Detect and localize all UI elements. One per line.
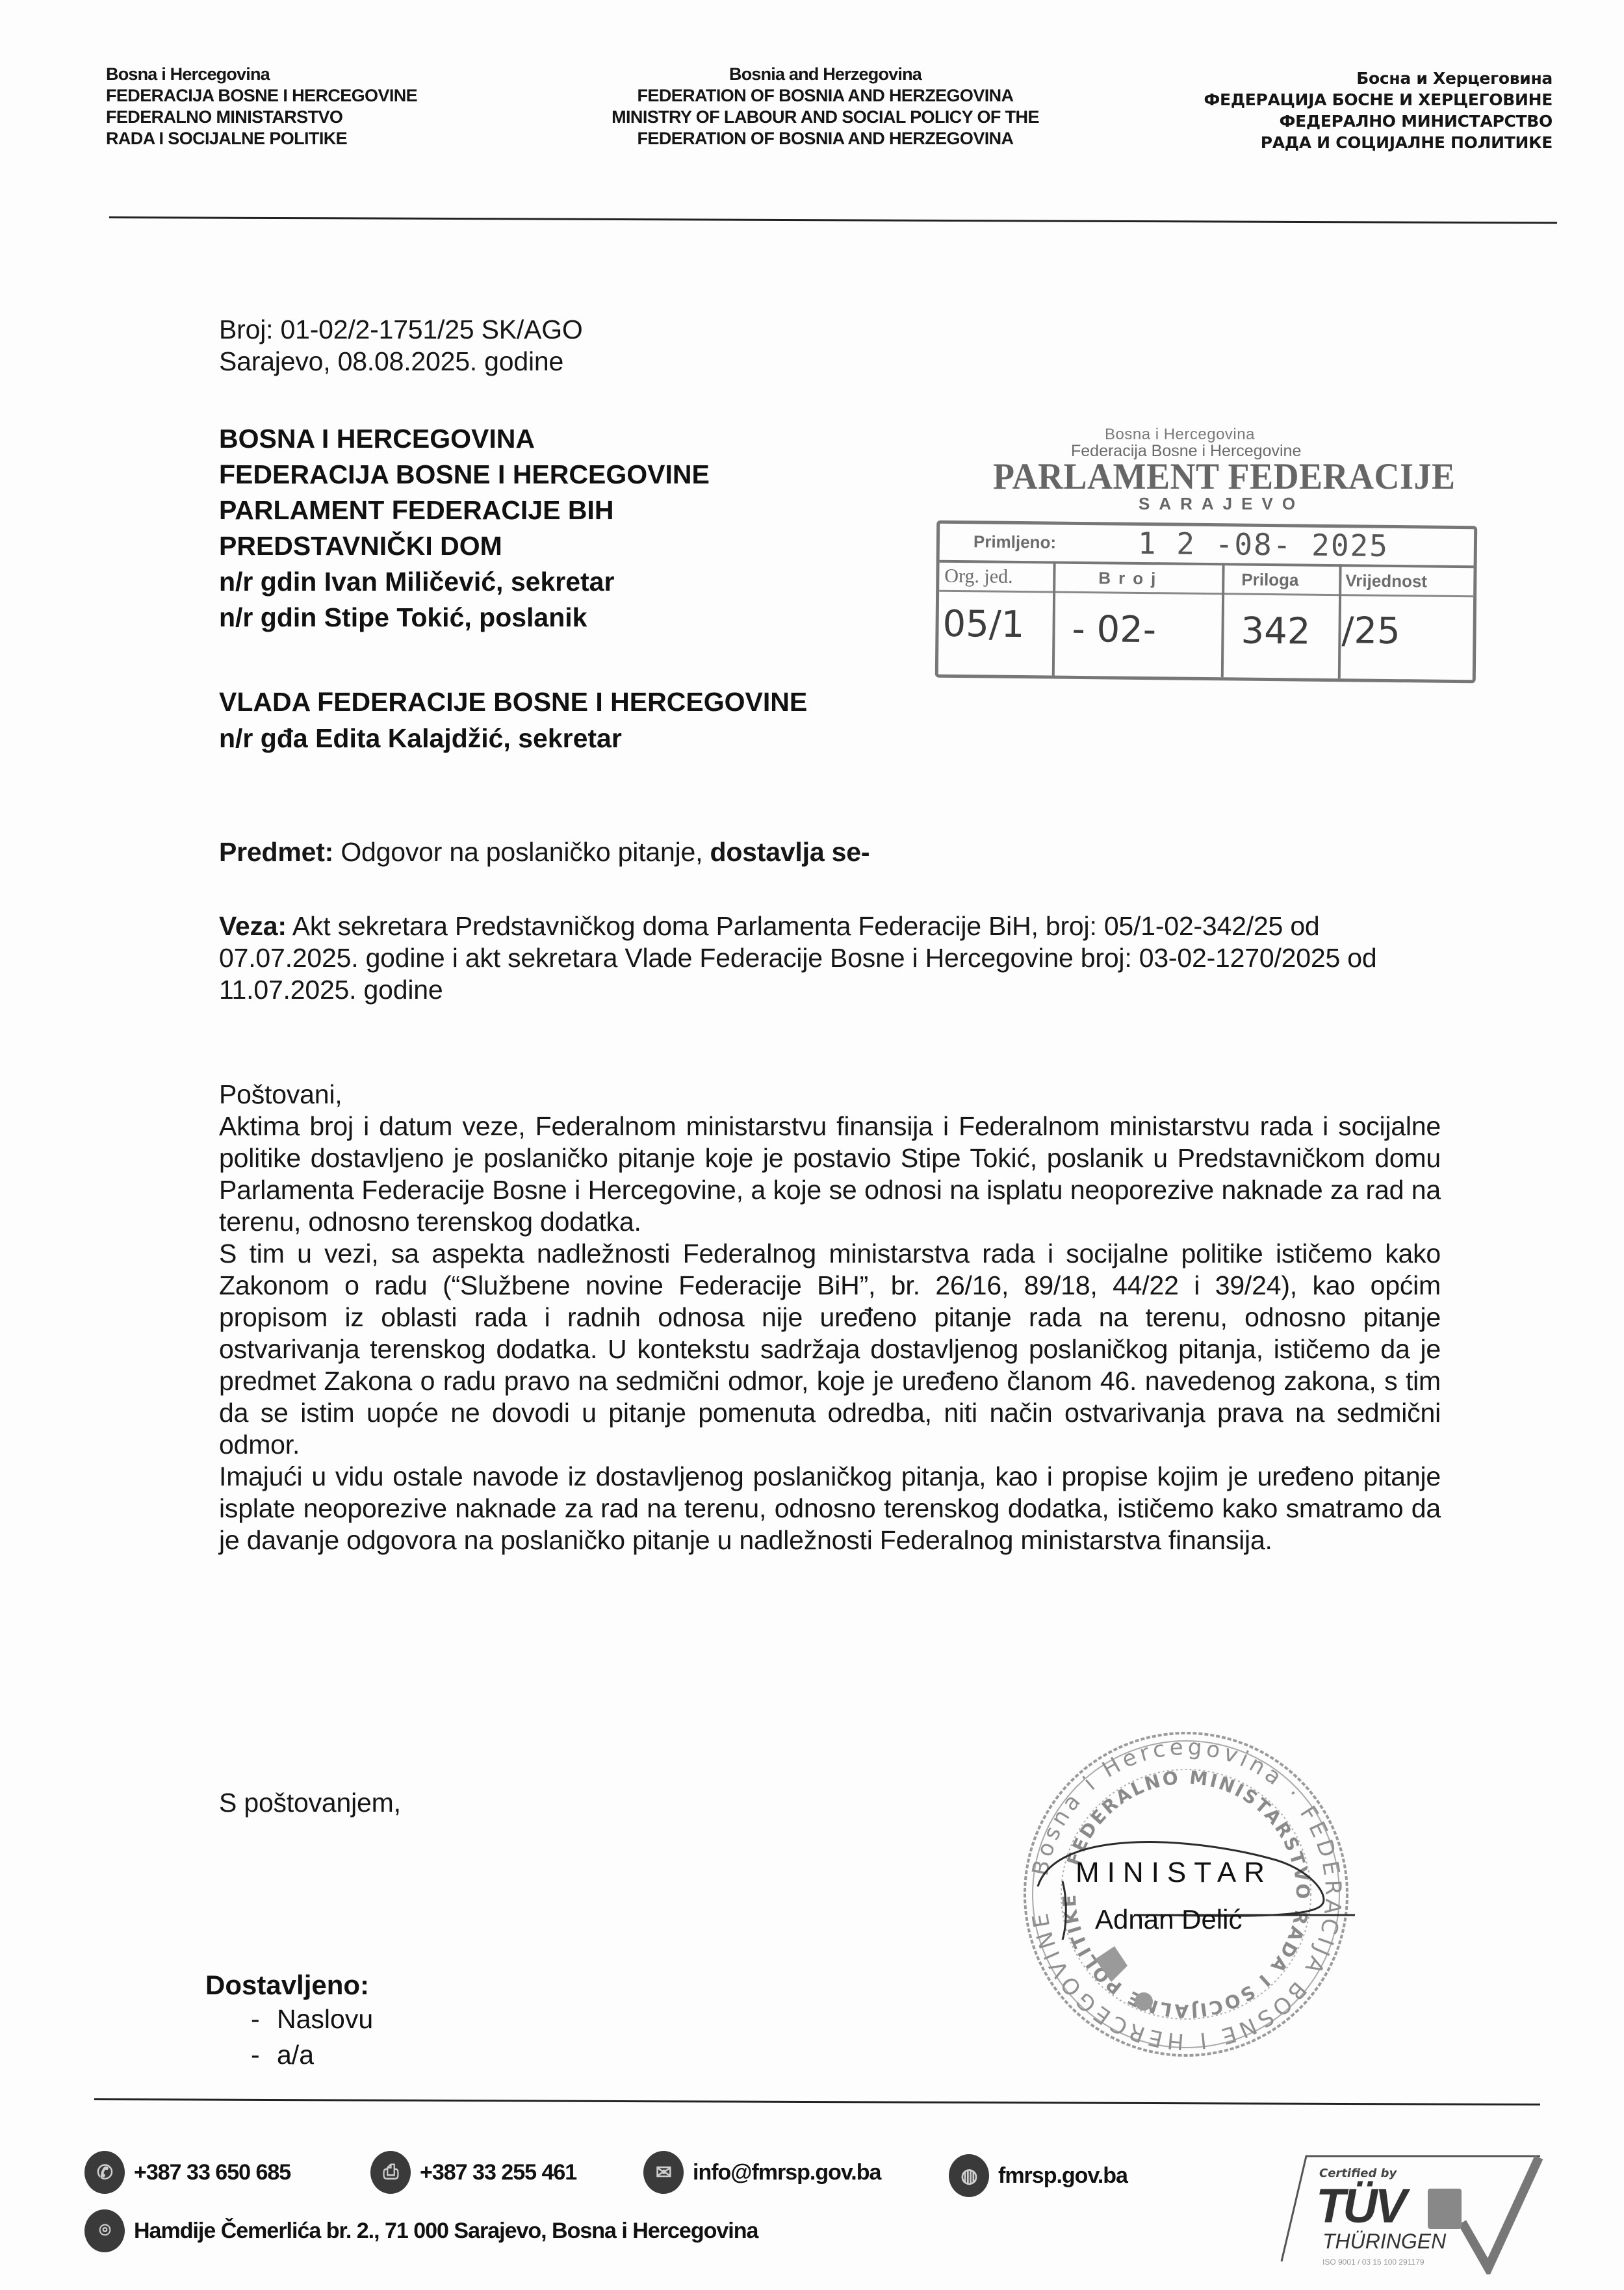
recipient-line: FEDERACIJA BOSNE I HERCEGOVINE	[219, 457, 710, 493]
footer-address: ⌾ Hamdije Čemerlića br. 2., 71 000 Saraj…	[84, 2209, 758, 2252]
distribution-item-text: Naslovu	[277, 2001, 373, 2037]
closing-salutation: S poštovanjem,	[219, 1787, 401, 1819]
stamp-column-divider	[1052, 561, 1056, 676]
document-meta: Broj: 01-02/2-1751/25 SK/AGO Sarajevo, 0…	[219, 314, 583, 378]
stamp-received-date: 1 2 -08- 2025	[1138, 526, 1389, 563]
footer-email[interactable]: ✉ info@fmrsp.gov.ba	[643, 2151, 881, 2194]
reference-line: Veza: Akt sekretara Predstavničkog doma …	[219, 910, 1441, 1006]
fax-number: +387 33 255 461	[420, 2160, 576, 2185]
tuv-region: THÜRINGEN	[1322, 2230, 1447, 2253]
stamp-city: SARAJEVO	[1139, 494, 1304, 514]
signatory-name: Adnan Delić	[1095, 1904, 1242, 1935]
letterhead-line: Босна и Херцеговина	[1204, 68, 1553, 89]
certified-by-caption: Certified by	[1319, 2167, 1397, 2180]
distribution-label: Dostavljeno:	[205, 1969, 373, 2001]
footer-divider	[94, 2098, 1540, 2105]
signatory-title: MINISTAR	[1076, 1857, 1272, 1889]
reference-label: Veza:	[219, 911, 287, 941]
subject-label: Predmet:	[219, 837, 333, 867]
location-pin-icon: ⌾	[84, 2209, 125, 2252]
address-text: Hamdije Čemerlića br. 2., 71 000 Sarajev…	[134, 2219, 758, 2244]
letterhead-cyrillic: Босна и Херцеговина ФЕДЕРАЦИЈА БОСНЕ И Х…	[1204, 68, 1553, 153]
stamp-handwritten-attachments: 342	[1241, 610, 1311, 653]
stamp-register-box: Primljeno: 1 2 -08- 2025 Org. jed. Broj …	[935, 521, 1477, 684]
document-number: Broj: 01-02/2-1751/25 SK/AGO	[219, 314, 583, 346]
recipient-line: VLADA FEDERACIJE BOSNE I HERCEGOVINE	[219, 684, 807, 720]
recipient-line: n/r gdin Stipe Tokić, poslanik	[219, 600, 710, 636]
body-paragraph: Aktima broj i datum veze, Federalnom min…	[219, 1111, 1441, 1238]
stamp-column-divider	[1221, 563, 1225, 677]
stamp-column-label: Org. jed.	[944, 565, 1013, 588]
letterhead-english: Bosnia and Herzegovina FEDERATION OF BOS…	[559, 64, 1092, 149]
thuringia-shield-icon	[1428, 2189, 1462, 2229]
stamp-received-label: Primljeno:	[973, 532, 1056, 552]
distribution-item-text: a/a	[277, 2037, 314, 2073]
recipient-block-parliament: BOSNA I HERCEGOVINA FEDERACIJA BOSNE I H…	[219, 421, 710, 636]
letterhead-bosnian: Bosna i Hercegovina FEDERACIJA BOSNE I H…	[106, 64, 417, 149]
stamp-column-label: Vrijednost	[1345, 571, 1427, 591]
letterhead-line: Bosnia and Herzegovina	[559, 64, 1092, 85]
stamp-handwritten-number: - 02-	[1072, 608, 1156, 651]
letterhead-line: MINISTRY OF LABOUR AND SOCIAL POLICY OF …	[559, 107, 1092, 128]
letterhead-line: ФЕДЕРАЛНО МИНИСТАРСТВО	[1204, 110, 1553, 132]
letterhead-line: РАДА И СОЦИЈАЛНЕ ПОЛИТИКЕ	[1204, 132, 1553, 153]
footer-website[interactable]: ◍ fmrsp.gov.ba	[949, 2154, 1128, 2197]
subject-emphasis: dostavlja se-	[710, 837, 870, 867]
body-paragraph: S tim u vezi, sa aspekta nadležnosti Fed…	[219, 1238, 1441, 1461]
distribution-item: -a/a	[205, 2037, 373, 2073]
ministry-seal: Bosna i Hercegovina · FEDERACIJA BOSNE I…	[1017, 1725, 1355, 2063]
letter-body: Poštovani, Aktima broj i datum veze, Fed…	[219, 1079, 1441, 1556]
email-link[interactable]: info@fmrsp.gov.ba	[693, 2160, 881, 2185]
letterhead-line: FEDERATION OF BOSNIA AND HERZEGOVINA	[559, 128, 1092, 149]
reference-text: Akt sekretara Predstavničkog doma Parlam…	[219, 911, 1376, 1005]
document-place-date: Sarajevo, 08.08.2025. godine	[219, 346, 583, 378]
footer-fax: ⎙ +387 33 255 461	[370, 2151, 576, 2194]
recipient-block-government: VLADA FEDERACIJE BOSNE I HERCEGOVINE n/r…	[219, 684, 807, 756]
letterhead-line: FEDERATION OF BOSNIA AND HERZEGOVINA	[559, 85, 1092, 107]
recipient-line: n/r gđa Edita Kalajdžić, sekretar	[219, 720, 807, 756]
letterhead-line: FEDERALNO MINISTARSTVO	[106, 107, 417, 128]
recipient-line: n/r gdin Ivan Miličević, sekretar	[219, 564, 710, 600]
body-paragraph: Imajući u vidu ostale navode iz dostavlj…	[219, 1461, 1441, 1556]
website-link[interactable]: fmrsp.gov.ba	[998, 2163, 1128, 2189]
recipient-line: PREDSTAVNIČKI DOM	[219, 528, 710, 564]
letterhead-line: ФЕДЕРАЦИЈА БОСНЕ И ХЕРЦЕГОВИНЕ	[1204, 89, 1553, 110]
stamp-column-label: Broj	[1098, 568, 1163, 589]
tuv-certification-logo: Certified by TÜV THÜRINGEN ISO 9001 / 03…	[1274, 2131, 1547, 2274]
distribution-list: Dostavljeno: -Naslovu -a/a	[205, 1969, 373, 2073]
stamp-title: PARLAMENT FEDERACIJE	[993, 455, 1456, 497]
fax-icon: ⎙	[370, 2151, 411, 2194]
stamp-line: Bosna i Hercegovina	[1105, 426, 1255, 444]
recipient-line: BOSNA I HERCEGOVINA	[219, 421, 710, 457]
phone-icon: ✆	[84, 2151, 125, 2194]
letterhead-line: FEDERACIJA BOSNE I HERCEGOVINE	[106, 85, 417, 107]
recipient-line: PARLAMENT FEDERACIJE BIH	[219, 493, 710, 528]
footer-phone: ✆ +387 33 650 685	[84, 2151, 290, 2194]
stamp-column-label: Priloga	[1241, 570, 1298, 591]
envelope-icon: ✉	[643, 2151, 684, 2194]
subject-line: Predmet: Odgovor na poslaničko pitanje, …	[219, 836, 870, 868]
header-divider	[109, 216, 1557, 224]
stamp-handwritten-org-unit: 05/1	[942, 603, 1024, 646]
letterhead-line: RADA I SOCIJALNE POLITIKE	[106, 128, 417, 149]
stamp-handwritten-year: /25	[1341, 610, 1400, 652]
globe-icon: ◍	[949, 2154, 989, 2197]
svg-text:FEDERALNO MINISTARSTVO RADA I: FEDERALNO MINISTARSTVO RADA I SOCIJALNE …	[1059, 1767, 1314, 2022]
iso-standard: ISO 9001 / 03 15 100 291179	[1322, 2258, 1424, 2267]
seal-inner-text: FEDERALNO MINISTARSTVO RADA I SOCIJALNE …	[1059, 1767, 1314, 2022]
phone-number: +387 33 650 685	[134, 2160, 290, 2185]
received-stamp: Bosna i Hercegovina Federacija Bosne i H…	[916, 426, 1488, 712]
distribution-item: -Naslovu	[205, 2001, 373, 2037]
subject-text: Odgovor na poslaničko pitanje,	[333, 837, 710, 867]
tuv-brand: TÜV	[1316, 2179, 1411, 2233]
letterhead-line: Bosna i Hercegovina	[106, 64, 417, 85]
greeting: Poštovani,	[219, 1079, 1441, 1111]
